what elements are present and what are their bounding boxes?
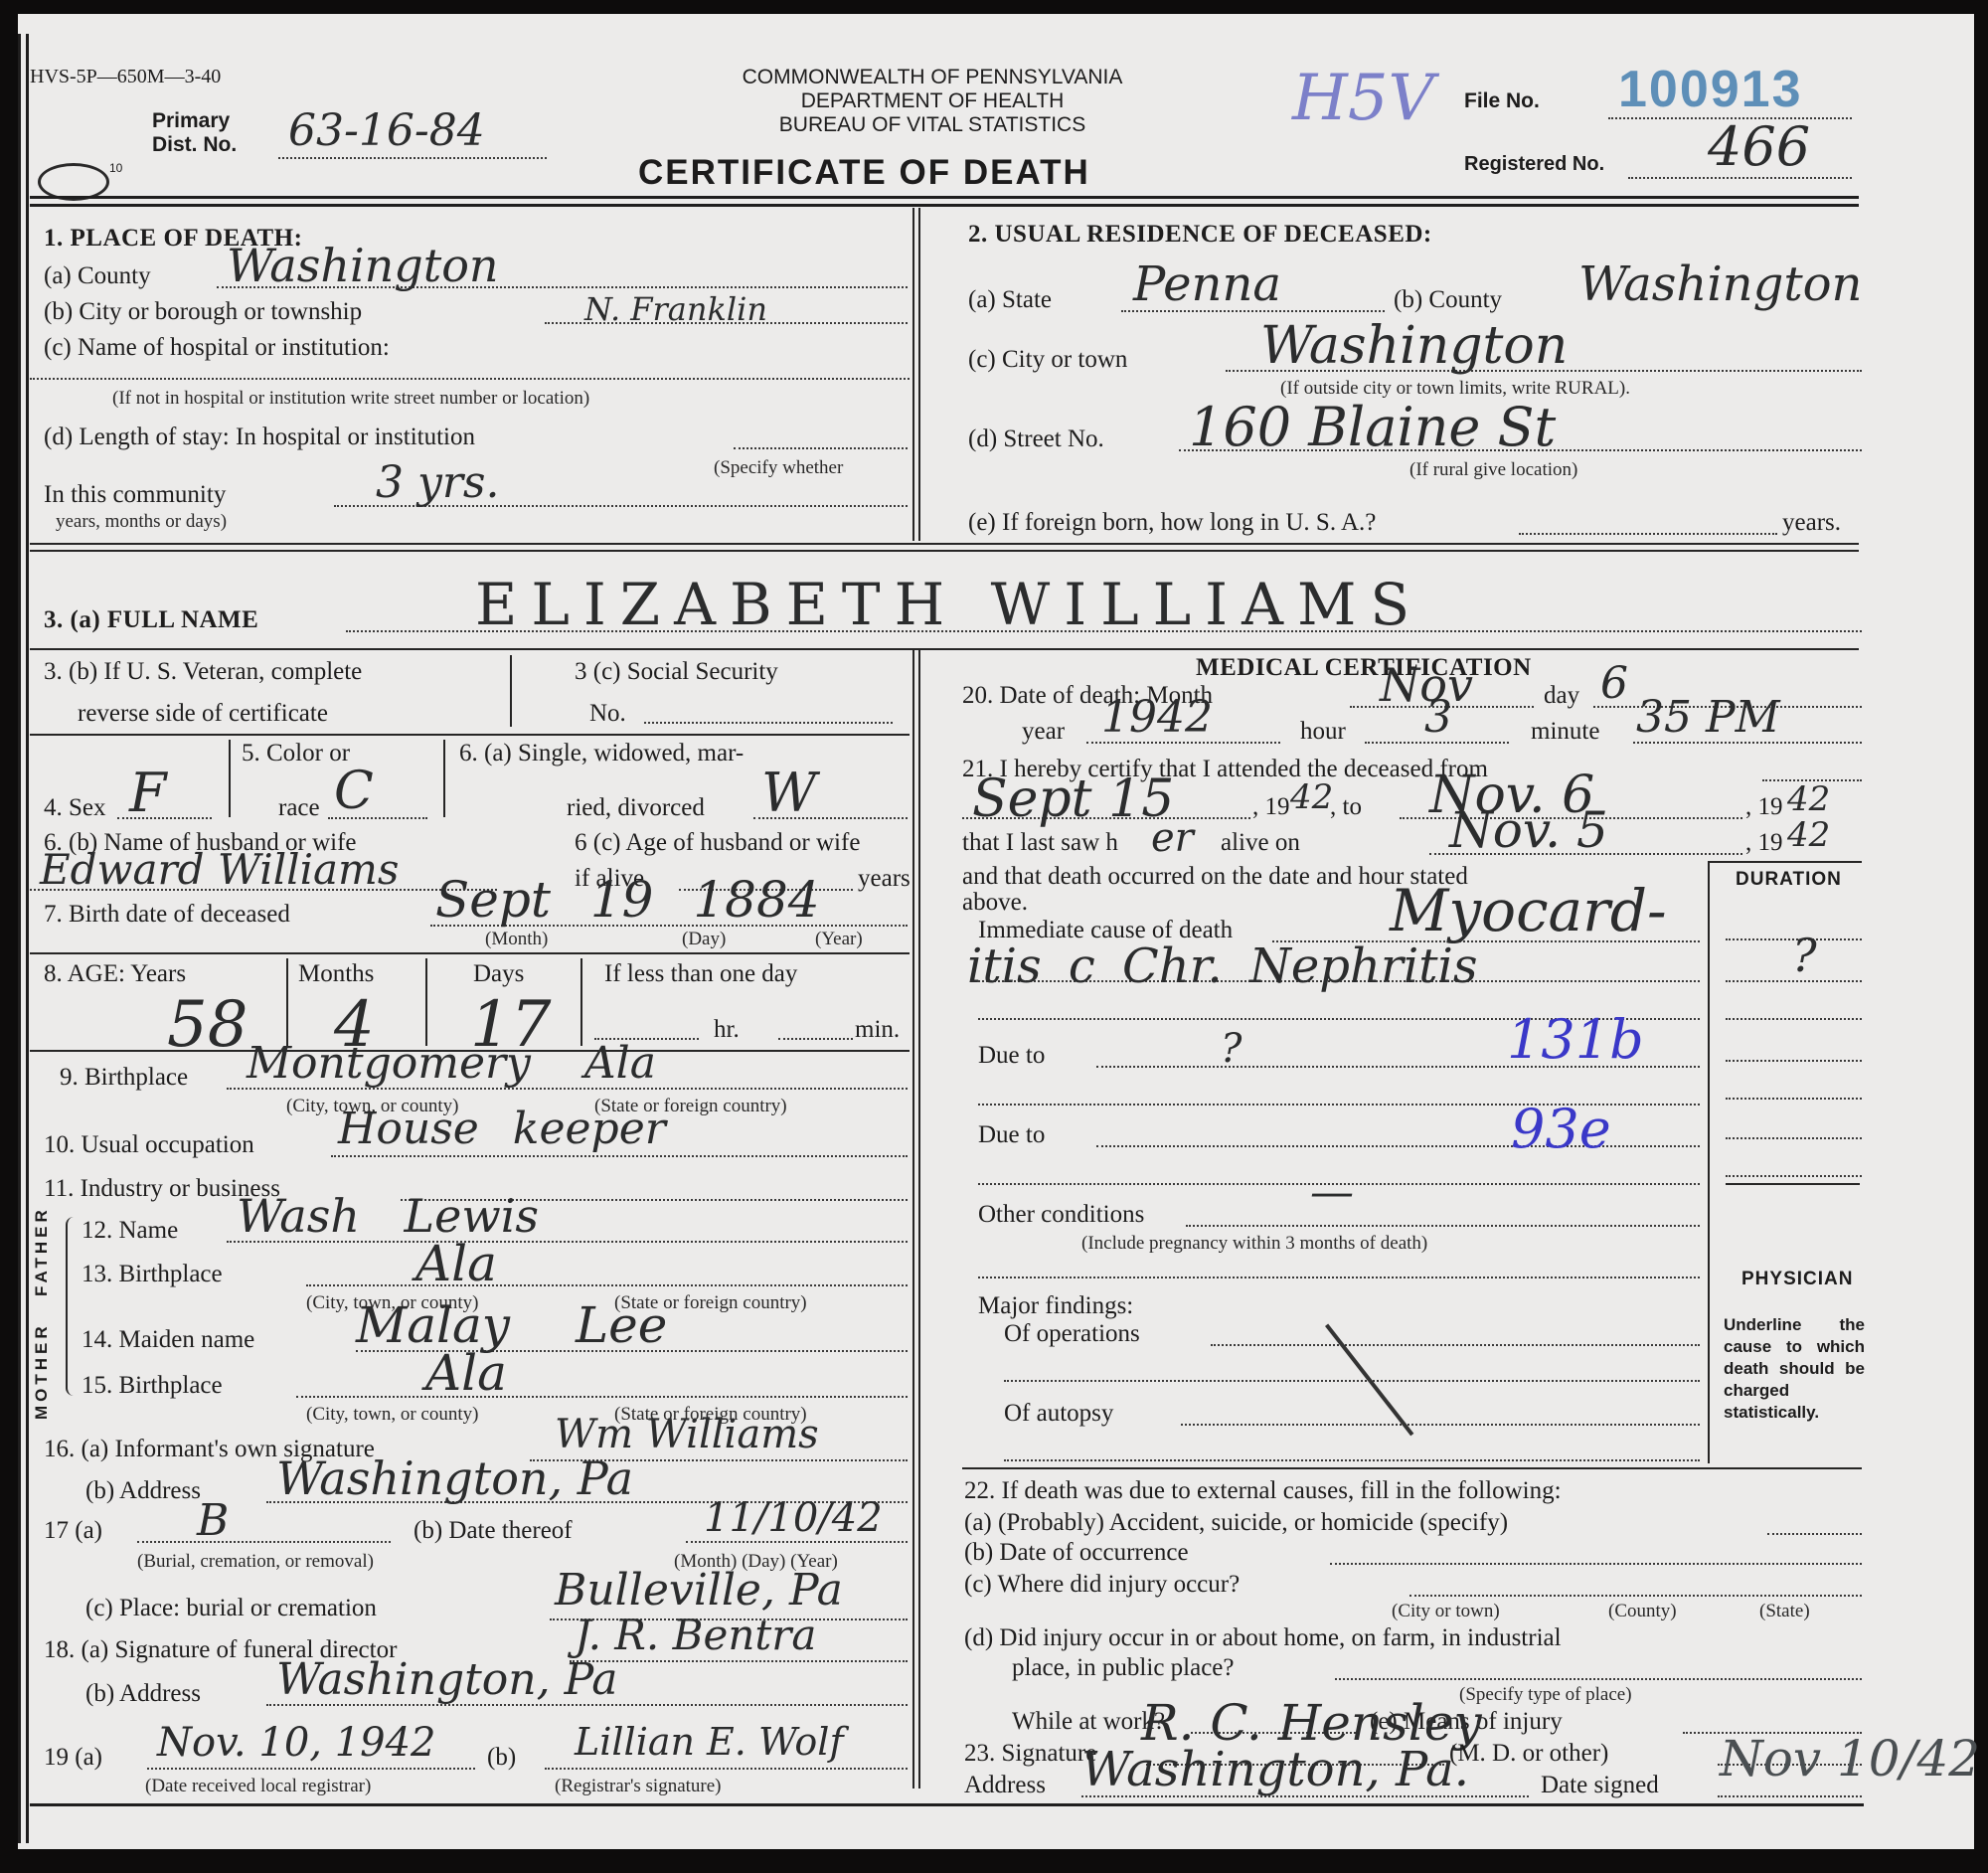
- death-city-value[interactable]: N. Franklin: [584, 290, 767, 328]
- veteran-divider: [510, 655, 512, 727]
- registrar-label: 19 (a): [44, 1744, 102, 1772]
- header-rule-2: [30, 204, 1859, 207]
- occupation-label: 10. Usual occupation: [44, 1131, 254, 1159]
- duration-line-4: [1726, 1060, 1862, 1062]
- registrar-signature-sub: (Registrar's signature): [555, 1776, 722, 1797]
- autopsy-label: Of autopsy: [1004, 1400, 1113, 1428]
- medical-bottom-rule: [962, 1467, 1862, 1469]
- father-side-label: FATHER: [32, 1206, 52, 1296]
- community-value[interactable]: 3 yrs.: [376, 457, 499, 508]
- death-city-label: (b) City or borough or township: [44, 298, 362, 326]
- birth-date-label: 7. Birth date of deceased: [44, 901, 290, 929]
- file-number-value: 100913: [1618, 60, 1803, 119]
- funeral-director-line: [570, 1660, 908, 1662]
- last-saw-year-prefix: , 19: [1745, 829, 1783, 857]
- color-label-2: race: [278, 794, 320, 822]
- res-city-value[interactable]: Washington: [1260, 316, 1568, 376]
- immediate-cause-value-2[interactable]: itis c Chr. Nephritis: [967, 938, 1477, 994]
- operations-line-2: [1004, 1380, 1700, 1382]
- informant-address-value[interactable]: Washington, Pa: [276, 1451, 633, 1505]
- father-name-label: 12. Name: [82, 1217, 178, 1245]
- death-day-label: day: [1544, 682, 1579, 710]
- due-to-1-value[interactable]: ?: [1221, 1026, 1242, 1072]
- frame-left-outer: [18, 34, 21, 1843]
- operations-label: Of operations: [1004, 1320, 1140, 1348]
- date-signed-value[interactable]: Nov 10/42: [1720, 1730, 1980, 1788]
- age-days-divider: [580, 958, 582, 1046]
- mother-birthplace-sub-city: (City, town, or county): [306, 1404, 478, 1426]
- duration-line-6: [1726, 1137, 1862, 1139]
- column-divider-lower-a: [912, 650, 914, 1788]
- res-state-value[interactable]: Penna: [1133, 256, 1281, 312]
- autopsy-line-2: [1004, 1459, 1700, 1461]
- external-d-sub: (Specify type of place): [1459, 1684, 1632, 1706]
- registrar-signature-value[interactable]: Lillian E. Wolf: [575, 1720, 844, 1764]
- hospital-note: (If not in hospital or institution write…: [112, 388, 589, 410]
- death-certificate-page: HVS-5P—650M—3-40 Primary Dist. No. 63-16…: [18, 14, 1974, 1849]
- attended-to-year-prefix: , 19: [1745, 793, 1783, 821]
- duration-divider: [1708, 861, 1710, 1463]
- column-divider-lower-b: [918, 650, 920, 1788]
- disposition-date-label: (b) Date thereof: [414, 1517, 573, 1545]
- registrar-date-value[interactable]: Nov. 10, 1942: [157, 1720, 436, 1766]
- res-city-label: (c) City or town: [968, 346, 1127, 374]
- parents-brace: [66, 1217, 76, 1396]
- date-signed-line: [1718, 1795, 1862, 1797]
- disposition-value[interactable]: B: [197, 1495, 229, 1546]
- marital-label-2: ried, divorced: [567, 794, 705, 822]
- external-b-label: (b) Date of occurrence: [964, 1539, 1189, 1567]
- duration-line-7: [1726, 1175, 1862, 1177]
- other-conditions-line: [1186, 1225, 1700, 1227]
- occupation-line: [331, 1155, 908, 1157]
- informant-address-label: (b) Address: [85, 1477, 201, 1505]
- physician-signature-label: 23. Signature: [964, 1740, 1096, 1768]
- due-to-2-label: Due to: [978, 1121, 1045, 1149]
- physician-address-label: Address: [964, 1772, 1046, 1799]
- external-c-line: [1409, 1595, 1862, 1597]
- duration-line-5: [1726, 1098, 1862, 1100]
- death-hour-label: hour: [1300, 718, 1346, 746]
- duration-value[interactable]: ?: [1792, 929, 1817, 982]
- agency-line-3: BUREAU OF VITAL STATISTICS: [674, 113, 1191, 137]
- last-saw-pronoun-value[interactable]: er: [1151, 815, 1194, 861]
- occurred-text-2: above.: [962, 889, 1028, 917]
- duration-heading: DURATION: [1736, 869, 1842, 891]
- ssn-label-1: 3 (c) Social Security: [575, 658, 778, 686]
- father-birthplace-value[interactable]: Ala: [415, 1235, 497, 1292]
- attended-to-label: , to: [1330, 793, 1362, 821]
- immediate-cause-value-1[interactable]: Myocard-: [1390, 877, 1667, 944]
- section-rule-2: [30, 550, 1859, 552]
- margin-note: H5V: [1292, 62, 1434, 135]
- father-birthplace-label: 13. Birthplace: [82, 1261, 223, 1288]
- age-min-label: min.: [855, 1016, 900, 1044]
- union-label-number: 10: [109, 161, 122, 175]
- sex-divider: [229, 740, 231, 817]
- funeral-address-label: (b) Address: [85, 1680, 201, 1708]
- death-county-value[interactable]: Washington: [227, 239, 499, 292]
- disposition-label: 17 (a): [44, 1517, 102, 1545]
- res-street-label: (d) Street No.: [968, 426, 1104, 453]
- certificate-title: CERTIFICATE OF DEATH: [638, 153, 1090, 193]
- mother-name-label: 14. Maiden name: [82, 1326, 254, 1354]
- date-signed-label: Date signed: [1541, 1772, 1659, 1799]
- funeral-address-value[interactable]: Washington, Pa: [276, 1654, 617, 1705]
- res-street-note: (If rural give location): [1409, 459, 1577, 481]
- mother-side-label: MOTHER: [32, 1322, 52, 1420]
- specify-note: (Specify whether: [714, 457, 843, 479]
- disposition-date-line: [686, 1541, 908, 1543]
- death-day-value[interactable]: 6: [1600, 658, 1628, 709]
- death-hour-value[interactable]: 3: [1424, 692, 1452, 743]
- duration-bottom-rule: [1726, 1183, 1860, 1185]
- autopsy-line: [1181, 1424, 1700, 1426]
- mother-name-value[interactable]: Malay Lee: [356, 1296, 667, 1354]
- mother-birthplace-label: 15. Birthplace: [82, 1372, 223, 1400]
- registered-number-value: 466: [1708, 115, 1810, 178]
- death-county-label: (a) County: [44, 262, 151, 290]
- dist-line: [278, 157, 547, 159]
- physician-heading: PHYSICIAN: [1741, 1269, 1853, 1290]
- attended-from-value[interactable]: Sept 15: [972, 769, 1174, 829]
- marital-value[interactable]: W: [761, 762, 817, 824]
- birth-rule: [30, 952, 910, 954]
- death-minute-value[interactable]: 35 PM: [1636, 692, 1780, 743]
- dist-number-value: 63-16-84: [288, 105, 485, 156]
- color-value[interactable]: C: [334, 762, 374, 821]
- ssn-line: [644, 722, 893, 724]
- last-saw-year-value[interactable]: 42: [1787, 815, 1830, 855]
- veteran-label-2: reverse side of certificate: [78, 700, 328, 728]
- funeral-director-value[interactable]: J. R. Bentra: [575, 1611, 816, 1659]
- res-foreign-unit: years.: [1782, 509, 1841, 537]
- attended-from-year-prefix: , 19: [1252, 793, 1290, 821]
- full-name-label: 3. (a) FULL NAME: [44, 606, 258, 634]
- other-conditions-line-2: [978, 1277, 1700, 1278]
- external-d-label-1: (d) Did injury occur in or about home, o…: [964, 1624, 1562, 1652]
- external-heading: 22. If death was due to external causes,…: [964, 1477, 1562, 1505]
- age-years-label: 8. AGE: Years: [44, 960, 186, 988]
- column-divider-upper-a: [912, 208, 914, 541]
- spouse-age-unit: years: [858, 865, 911, 893]
- veteran-label-1: 3. (b) If U. S. Veteran, complete: [44, 658, 362, 686]
- bottom-rule: [30, 1803, 1864, 1806]
- external-a-line: [1767, 1533, 1862, 1535]
- registrar-signature-line: [545, 1768, 908, 1770]
- age-less-than-day-label: If less than one day: [604, 960, 797, 988]
- res-foreign-line: [1519, 533, 1777, 535]
- res-state-label: (a) State: [968, 286, 1052, 314]
- disposition-line: [137, 1541, 391, 1543]
- external-a-label: (a) (Probably) Accident, suicide, or hom…: [964, 1509, 1508, 1537]
- marital-label-1: 6. (a) Single, widowed, mar-: [459, 740, 744, 767]
- last-saw-label-2: alive on: [1221, 829, 1300, 857]
- age-days-label: Days: [473, 960, 524, 988]
- father-birthplace-line: [306, 1284, 908, 1286]
- ssn-label-2: No.: [589, 700, 626, 728]
- agency-line-2: DEPARTMENT OF HEALTH: [674, 89, 1191, 113]
- md-or-other-label: (M. D. or other): [1449, 1740, 1608, 1768]
- disposition-sub: (Burial, cremation, or removal): [137, 1551, 374, 1573]
- registrar-date-line: [147, 1768, 475, 1770]
- external-d-line: [1335, 1678, 1862, 1680]
- operations-line: [1211, 1344, 1700, 1346]
- age-months-label: Months: [298, 960, 374, 988]
- birthplace-label: 9. Birthplace: [60, 1064, 188, 1092]
- attended-to-year-value[interactable]: 42: [1787, 779, 1830, 819]
- death-year-label: year: [1022, 718, 1065, 746]
- medical-heading: MEDICAL CERTIFICATION: [1196, 654, 1532, 682]
- classification-code-1: 131b: [1507, 1008, 1644, 1071]
- section-rule-1: [30, 543, 1859, 545]
- sex-value[interactable]: F: [129, 762, 166, 824]
- sex-label: 4. Sex: [44, 794, 106, 822]
- residence-heading: 2. USUAL RESIDENCE OF DECEASED:: [968, 221, 1432, 249]
- dist-label: Dist. No.: [152, 133, 237, 157]
- res-county-label: (b) County: [1394, 286, 1502, 314]
- birth-sub-year: (Year): [815, 929, 863, 950]
- mother-birthplace-line: [296, 1396, 908, 1398]
- burial-place-value[interactable]: Bulleville, Pa: [555, 1565, 843, 1616]
- res-county-value[interactable]: Washington: [1578, 256, 1862, 312]
- due-to-1-label: Due to: [978, 1042, 1045, 1070]
- age-months-divider: [425, 958, 427, 1046]
- agency-line-1: COMMONWEALTH OF PENNSYLVANIA: [674, 66, 1191, 89]
- external-d-label-2: place, in public place?: [1012, 1654, 1235, 1682]
- frame-left-inner: [26, 34, 29, 1843]
- birthplace-value[interactable]: Montgomery Ala: [247, 1038, 656, 1089]
- community-sub-label: years, months or days): [56, 511, 227, 533]
- header-rule-1: [30, 196, 1859, 199]
- spouse-value[interactable]: Edward Williams: [40, 845, 399, 894]
- registered-label: Registered No.: [1464, 153, 1604, 176]
- birth-sub-month: (Month): [485, 929, 548, 950]
- age-hr-label: hr.: [714, 1016, 740, 1044]
- agency-header: COMMONWEALTH OF PENNSYLVANIA DEPARTMENT …: [674, 66, 1191, 137]
- mother-birthplace-value[interactable]: Ala: [425, 1344, 507, 1402]
- column-divider-upper-b: [918, 208, 920, 541]
- external-c-sub-county: (County): [1608, 1601, 1677, 1622]
- last-saw-label-1: that I last saw h: [962, 829, 1118, 857]
- community-label: In this community: [44, 481, 226, 509]
- external-c-sub-city: (City or town): [1392, 1601, 1500, 1622]
- occupation-value[interactable]: House keeper: [338, 1104, 666, 1154]
- external-c-sub-state: (State): [1759, 1601, 1810, 1622]
- birth-sub-day: (Day): [682, 929, 726, 950]
- registrar-date-sub: (Date received local registrar): [145, 1776, 371, 1797]
- hospital-label: (c) Name of hospital or institution:: [44, 334, 390, 362]
- burial-place-label: (c) Place: burial or cremation: [85, 1595, 377, 1622]
- hospital-line: [30, 378, 910, 380]
- other-conditions-label: Other conditions: [978, 1201, 1144, 1229]
- classification-code-2: 93e: [1511, 1098, 1611, 1160]
- attended-from-year-value[interactable]: 42: [1290, 777, 1333, 817]
- disposition-date-value[interactable]: 11/10/42: [704, 1495, 883, 1541]
- physician-note: Underline the cause to which death shoul…: [1724, 1314, 1865, 1424]
- age-years-divider: [286, 958, 288, 1046]
- full-name-value[interactable]: ELIZABETH WILLIAMS: [475, 571, 1423, 638]
- veteran-rule: [30, 734, 910, 736]
- form-code: HVS-5P—650M—3-40: [30, 66, 221, 88]
- major-findings-label: Major findings:: [978, 1292, 1133, 1320]
- primary-label: Primary: [152, 109, 230, 133]
- other-conditions-note: (Include pregnancy within 3 months of de…: [1081, 1233, 1427, 1255]
- death-year-value[interactable]: 1942: [1101, 692, 1213, 743]
- age-min-line: [778, 1038, 853, 1040]
- duration-line-3: [1726, 1018, 1862, 1020]
- external-c-label: (c) Where did injury occur?: [964, 1571, 1240, 1599]
- res-street-value[interactable]: 160 Blaine St: [1189, 396, 1556, 458]
- external-b-line: [1330, 1563, 1862, 1565]
- name-rule: [30, 648, 1859, 650]
- res-foreign-label: (e) If foreign born, how long in U. S. A…: [968, 509, 1376, 537]
- physician-address-value[interactable]: Washington, Pa.: [1081, 1742, 1469, 1797]
- other-conditions-value[interactable]: —: [1310, 1167, 1354, 1218]
- last-saw-value[interactable]: Nov. 5: [1449, 801, 1608, 859]
- duration-top-rule: [1708, 861, 1862, 863]
- file-label: File No.: [1464, 89, 1540, 113]
- stay-label: (d) Length of stay: In hospital or insti…: [44, 424, 475, 451]
- spouse-age-label-1: 6 (c) Age of husband or wife: [575, 829, 860, 857]
- stay-hospital-line: [734, 447, 908, 449]
- registrar-signature-label: (b): [487, 1744, 516, 1772]
- death-minute-label: minute: [1531, 718, 1599, 746]
- birth-date-value[interactable]: Sept 19 1884: [435, 871, 820, 929]
- color-divider: [443, 740, 445, 817]
